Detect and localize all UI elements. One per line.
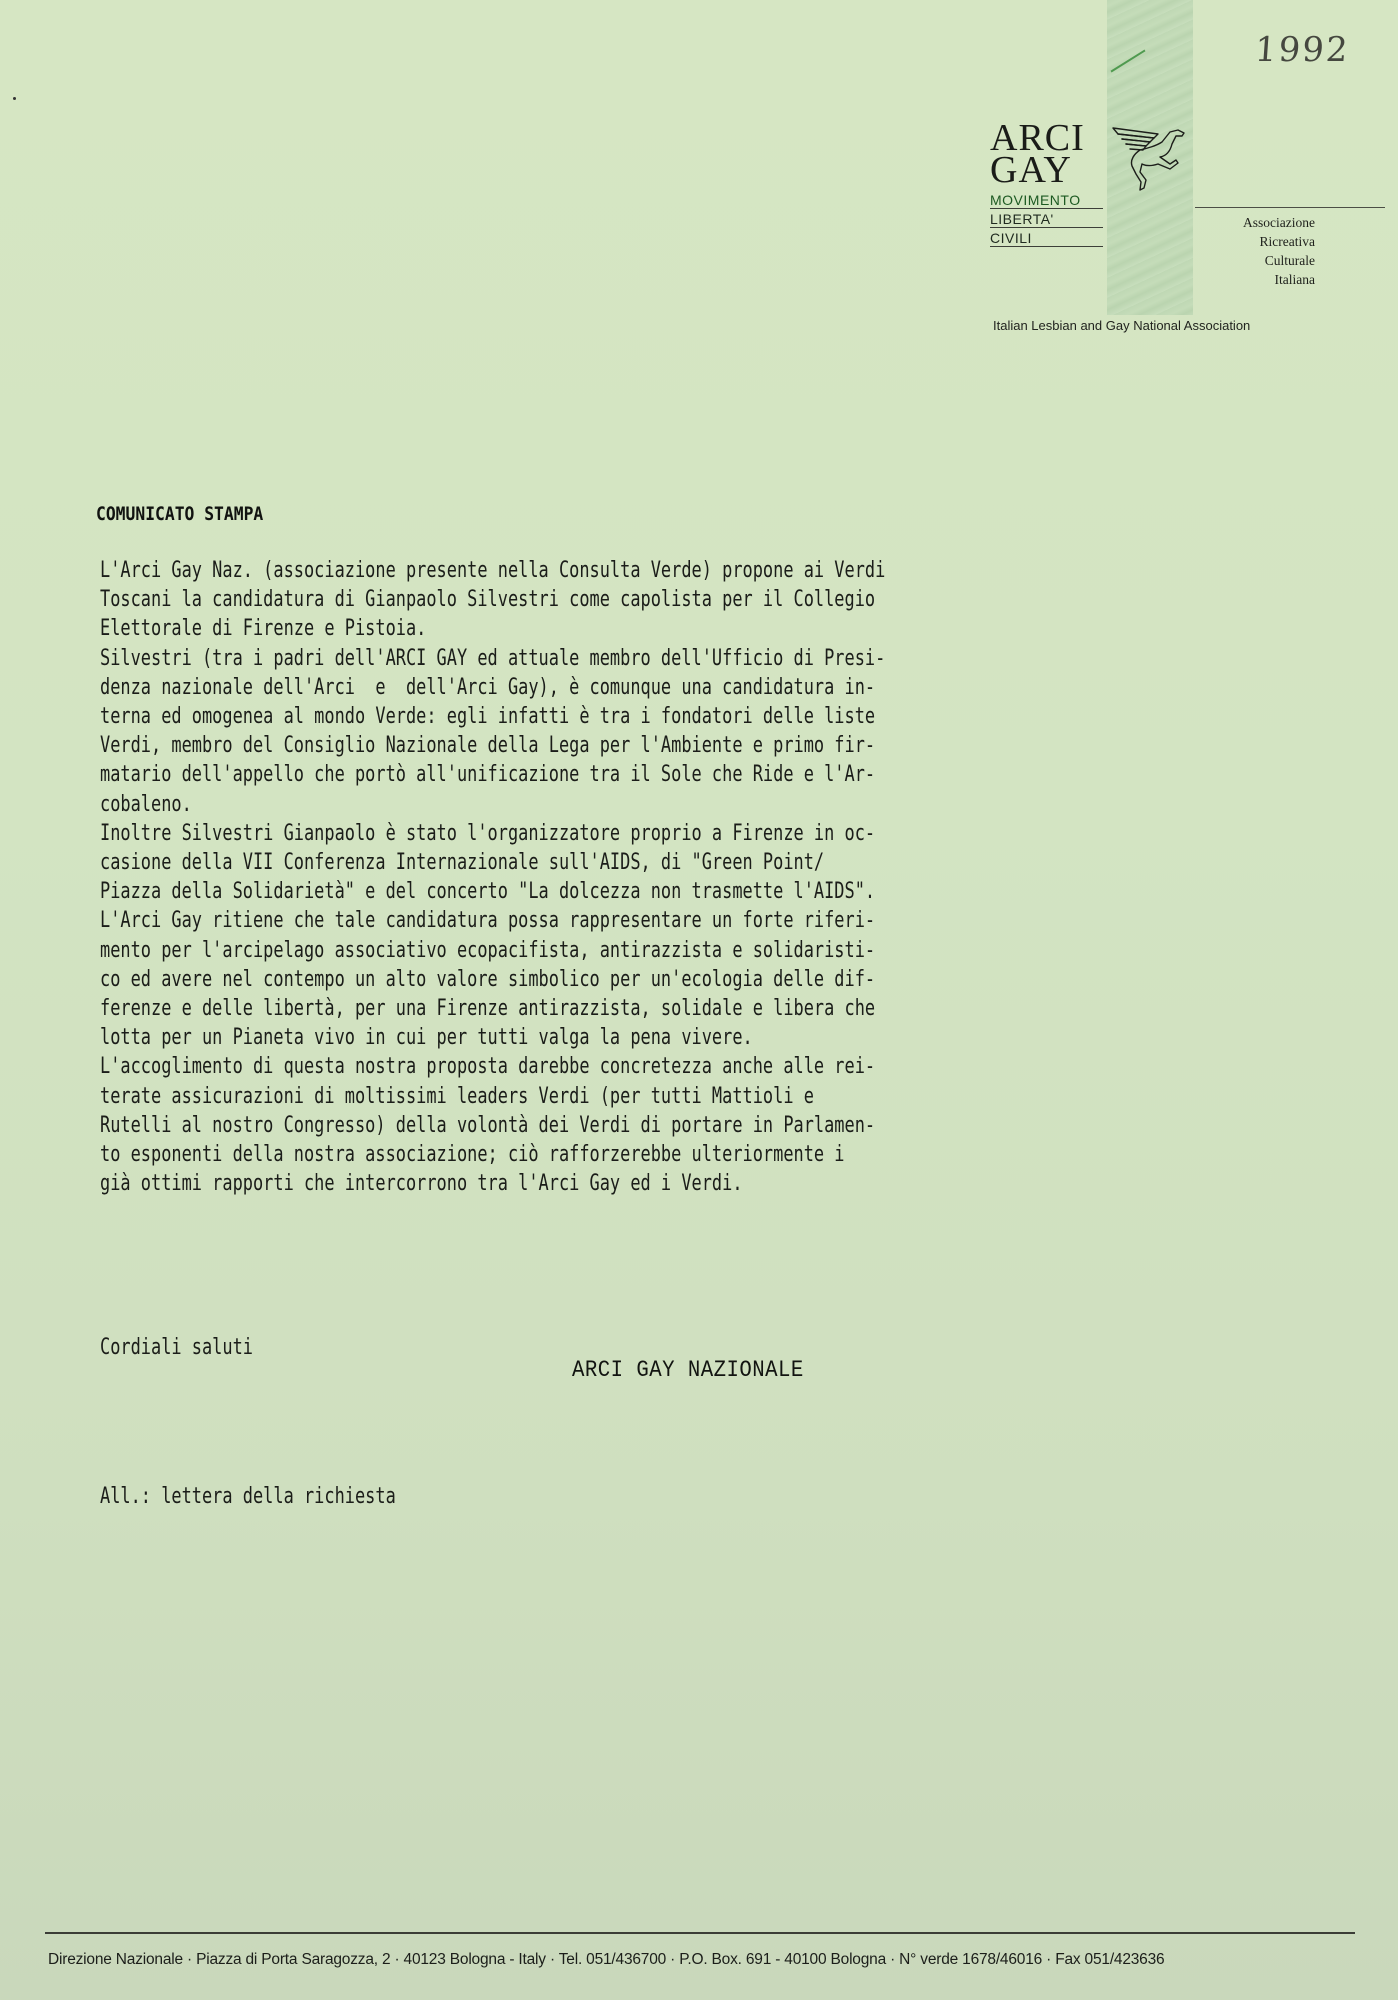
footer-divider <box>45 1932 1355 1934</box>
closing-salutation: Cordiali saluti <box>100 1335 253 1360</box>
body-line: Piazza della Solidarietà" e del concerto… <box>100 877 1178 906</box>
body-line: L'Arci Gay ritiene che tale candidatura … <box>100 906 1178 935</box>
body-line: terate assicurazioni di moltissimi leade… <box>100 1082 1178 1111</box>
body-line: matario dell'appello che portò all'unifi… <box>100 760 1178 789</box>
press-release-body: L'Arci Gay Naz. (associazione presente n… <box>100 556 1178 1198</box>
body-line: terna ed omogenea al mondo Verde: egli i… <box>100 702 1178 731</box>
association-line: Culturale <box>1200 251 1315 270</box>
logo-title-gay: GAY <box>990 154 1103 186</box>
paper-speck <box>13 97 16 100</box>
body-line: ferenze e delle libertà, per una Firenze… <box>100 994 1178 1023</box>
body-line: Inoltre Silvestri Gianpaolo è stato l'or… <box>100 819 1178 848</box>
body-line: to esponenti della nostra associazione; … <box>100 1140 1178 1169</box>
association-line: Associazione <box>1200 213 1315 232</box>
body-line: Toscani la candidatura di Gianpaolo Silv… <box>100 585 1178 614</box>
body-line: denza nazionale dell'Arci e dell'Arci Ga… <box>100 673 1178 702</box>
body-line: Silvestri (tra i padri dell'ARCI GAY ed … <box>100 644 1178 673</box>
body-line: Elettorale di Firenze e Pistoia. <box>100 614 1178 643</box>
body-line: cobaleno. <box>100 790 1178 819</box>
body-line: casione della VII Conferenza Internazion… <box>100 848 1178 877</box>
attachment-note: All.: lettera della richiesta <box>100 1484 396 1509</box>
body-line: lotta per un Pianeta vivo in cui per tut… <box>100 1023 1178 1052</box>
letterhead-tagline: Italian Lesbian and Gay National Associa… <box>993 318 1250 333</box>
association-line: Italiana <box>1200 270 1315 289</box>
document-heading: COMUNICATO STAMPA <box>96 503 263 525</box>
signature: ARCI GAY NAZIONALE <box>572 1357 804 1383</box>
pegasus-icon <box>1110 124 1190 194</box>
association-description: Associazione Ricreativa Culturale Italia… <box>1200 213 1315 289</box>
logo-subtitle-movimento: MOVIMENTO <box>990 190 1103 209</box>
footer-address: Direzione Nazionale · Piazza di Porta Sa… <box>48 1951 1164 1969</box>
body-line: mento per l'arcipelago associativo ecopa… <box>100 936 1178 965</box>
association-line: Ricreativa <box>1200 232 1315 251</box>
body-line: L'accoglimento di questa nostra proposta… <box>100 1052 1178 1081</box>
logo-subtitle-liberta: LIBERTA' <box>990 209 1103 228</box>
handwritten-year: 1992 <box>1254 30 1351 70</box>
body-line: già ottimi rapporti che intercorrono tra… <box>100 1169 1178 1198</box>
logo-subtitle-civili: CIVILI <box>990 228 1103 247</box>
association-divider <box>1195 207 1385 208</box>
body-line: Rutelli al nostro Congresso) della volon… <box>100 1111 1178 1140</box>
body-line: L'Arci Gay Naz. (associazione presente n… <box>100 556 1178 585</box>
body-line: Verdi, membro del Consiglio Nazionale de… <box>100 731 1178 760</box>
arci-gay-logo: ARCI GAY MOVIMENTO LIBERTA' CIVILI <box>990 122 1103 247</box>
body-line: co ed avere nel contempo un alto valore … <box>100 965 1178 994</box>
